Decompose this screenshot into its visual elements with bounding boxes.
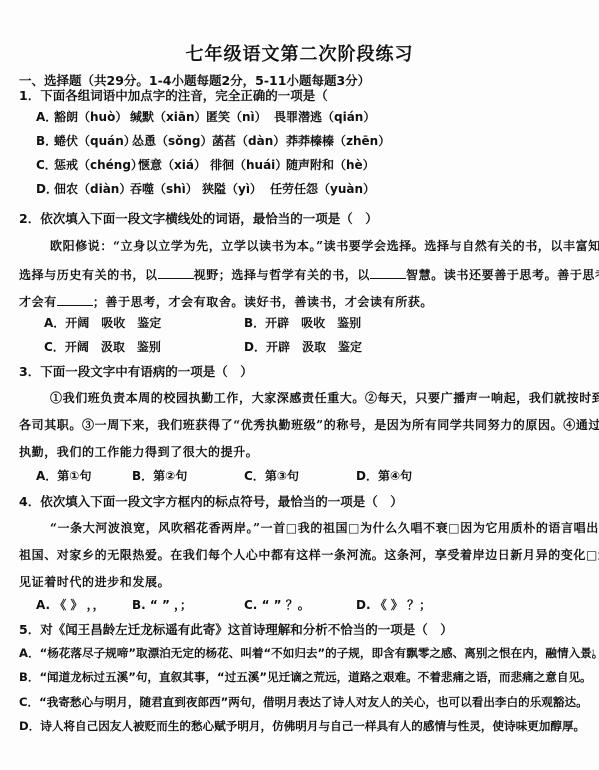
option-label: B．: [19, 670, 39, 684]
option-text: “ ” ？。: [262, 598, 310, 612]
q1-option-a: A． 豁朗（huò） 缄默（xiān） 匿笑（nì） 畏罪潜逃（qián）: [36, 111, 57, 123]
option-label: A．: [19, 646, 40, 660]
option-label: A．: [36, 469, 57, 483]
section-header: 一、选择题（共29分。1-4小题每题2分，5-11小题每题3分）: [19, 75, 370, 88]
option-text: 第①句: [57, 469, 91, 483]
q3-option-d: D．第④句: [356, 470, 412, 482]
q1-option-c: C． 惩戒（chéng） 惬意（xiá） 徘徊（huái） 随声附和（hè）: [36, 159, 57, 171]
question-5-stem: 5．对《闻王昌龄左迁龙标遥有此寄》这首诗理解和分析不恰当的一项是（ ）: [19, 624, 453, 637]
q5-option-a: A．“杨花落尽子规啼”取漂泊无定的杨花、叫着“不如归去”的子规，即含有飘零之感、…: [19, 648, 599, 660]
q5-option-d: D．诗人将自己因友人被贬而生的愁心赋予明月，仿佛明月与自己一样具有人的感情与性灵…: [19, 721, 585, 733]
option-text: 诗人将自己因友人被贬而生的愁心赋予明月，仿佛明月与自己一样具有人的感情与性灵，使…: [40, 719, 585, 733]
q3-passage-line-3: 执勤，我们的工作能力得到了很大的提升。: [19, 446, 258, 458]
q4-passage-line-2: 祖国、对家乡的无限热爱。在我们每个人心中都有这样一条河流。这条河，享受着岸边日新…: [19, 549, 599, 561]
q2-passage-line-2: 选择与历史有关的书，以视野；选择与哲学有关的书，以智慧。读书还要善于思考。善于思…: [19, 268, 599, 281]
option-text: 第②句: [153, 469, 187, 483]
option-item: 菡萏（dàn）: [212, 135, 285, 147]
q4-option-a: A. 《 》 ，，: [36, 599, 105, 611]
option-label: B．: [244, 316, 265, 330]
option-item: 佃农（diàn）: [54, 183, 131, 195]
option-item: 吞噬（shì）: [130, 183, 198, 195]
option-item: 豁朗（huò）: [54, 111, 127, 123]
option-text: 开辟 汲取 鉴定: [266, 340, 362, 354]
q1-option-b: B． 蜷伏（quán） 怂恿（sǒng） 菡萏（dàn） 莽莽榛榛（zhēn）: [36, 135, 57, 147]
q1-option-d: D． 佃农（diàn） 吞噬（shì） 狭隘（yì） 任劳任怨（yuàn）: [36, 183, 58, 195]
fill-blank-2: [370, 268, 406, 279]
exam-page: 七年级语文第二次阶段练习 一、选择题（共29分。1-4小题每题2分，5-11小题…: [0, 0, 599, 770]
passage-text: ；善于思考，才会有取舍。读好书，善读书，才会读有所获。: [93, 295, 433, 309]
option-label: B.: [132, 598, 146, 612]
passage-text: 视野；选择与哲学有关的书，以: [194, 268, 370, 282]
q5-option-c: C．“我寄愁心与明月，随君直到夜郎西”两句，借明月表达了诗人对友人的关心，也可以…: [19, 697, 588, 709]
question-4-stem: 4．依次填入下面一段文字方框内的标点符号，最恰当的一项是（ ）: [19, 496, 403, 509]
question-1-stem: 1．下面各组词语中加点字的注音，完全正确的一项是（: [19, 90, 328, 103]
option-label: A.: [36, 598, 50, 612]
q2-option-a: A．开阔 吸收 鉴定: [44, 317, 161, 329]
option-text: 《 》 ？；: [375, 598, 431, 612]
option-label: D．: [19, 719, 40, 733]
option-text: 开辟 吸收 鉴别: [265, 316, 361, 330]
q5-option-b: B．“闻道龙标过五溪”句，直叙其事，“过五溪”见迁谪之荒远，道路之艰难。不着悲痛…: [19, 672, 592, 684]
option-label: D．: [244, 340, 266, 354]
q4-option-d: D. 《 》 ？；: [356, 599, 431, 611]
option-item: 任劳任怨（yuàn）: [270, 183, 375, 195]
option-text: 开阔 吸收 鉴定: [65, 316, 161, 330]
option-text: 第③句: [265, 469, 299, 483]
page-title: 七年级语文第二次阶段练习: [0, 46, 599, 64]
passage-text: 智慧。读书还要善于思考。善于思考，: [406, 268, 599, 282]
option-text: “我寄愁心与明月，随君直到夜郎西”两句，借明月表达了诗人对友人的关心，也可以看出…: [39, 695, 588, 709]
option-text: “闻道龙标过五溪”句，直叙其事，“过五溪”见迁谪之荒远，道路之艰难。不着悲痛之语…: [39, 670, 591, 684]
option-label: C.: [244, 598, 257, 612]
option-item: 蜷伏（quán）: [54, 135, 136, 147]
option-label: C．: [244, 469, 265, 483]
option-item: 狭隘（yì）: [202, 183, 262, 195]
option-label: D．: [356, 469, 378, 483]
q2-passage-line-3: 才会有；善于思考，才会有取舍。读好书，善读书，才会读有所获。: [19, 295, 433, 308]
margin-mark: 1: [591, 649, 595, 657]
passage-text: 选择与历史有关的书，以: [19, 268, 158, 282]
option-text: 第④句: [378, 469, 412, 483]
q2-option-c: C．开阔 汲取 鉴别: [44, 341, 161, 353]
q4-passage-line-1: “一条大河波浪宽，风吹稻花香两岸。”一首□我的祖国□为什么久唱不衰□因为它用质朴…: [50, 522, 599, 534]
q3-passage-line-2: 各司其职。③一周下来，我们班获得了“优秀执勤班级”的称号，是因为所有同学共同努力…: [19, 419, 599, 431]
q3-option-b: B．第②句: [132, 470, 187, 482]
option-item: 惬意（xiá）: [138, 159, 206, 171]
option-item: 惩戒（chéng）: [54, 159, 143, 171]
option-text: 《 》 ，，: [54, 598, 104, 612]
q2-option-b: B．开辟 吸收 鉴别: [244, 317, 361, 329]
option-label: A．: [44, 316, 65, 330]
option-item: 徘徊（huái）: [210, 159, 287, 171]
option-text: “ ” ，；: [150, 598, 192, 612]
option-item: 怂恿（sǒng）: [132, 135, 213, 147]
q3-option-a: A．第①句: [36, 470, 91, 482]
option-label: C．: [19, 695, 39, 709]
option-item: 畏罪潜逃（qián）: [274, 111, 375, 123]
option-item: 莽莽榛榛（zhēn）: [286, 135, 390, 147]
option-label: C．: [44, 340, 65, 354]
fill-blank-3: [57, 295, 93, 306]
option-item: 随声附和（hè）: [286, 159, 375, 171]
option-item: 匿笑（nì）: [206, 111, 267, 123]
question-3-stem: 3．下面一段文字中有语病的一项是（ ）: [19, 366, 253, 379]
question-2-stem: 2．依次填入下面一段文字横线处的词语，最恰当的一项是（ ）: [19, 213, 378, 226]
passage-text: 才会有: [19, 295, 57, 309]
option-text: “杨花落尽子规啼”取漂泊无定的杨花、叫着“不如归去”的子规，即含有飘零之感、离别…: [40, 646, 599, 660]
q3-option-c: C．第③句: [244, 470, 299, 482]
option-item: 缄默（xiān）: [130, 111, 207, 123]
q4-option-b: B. “ ” ，；: [132, 599, 192, 611]
fill-blank-1: [158, 268, 194, 279]
option-label: B．: [132, 469, 153, 483]
q4-option-c: C. “ ” ？。: [244, 599, 310, 611]
option-label: D.: [356, 598, 371, 612]
q3-passage-line-1: ①我们班负责本周的校园执勤工作，大家深感责任重大。②每天，只要广播声一响起，我们…: [50, 392, 599, 404]
q4-passage-line-3: 见证着时代的进步和发展。: [19, 576, 170, 588]
q2-passage-line-1: 欧阳修说：“立身以立学为先，立学以读书为本。”读书要学会选择。选择与自然有关的书…: [50, 240, 599, 252]
option-text: 开阔 汲取 鉴别: [65, 340, 161, 354]
q2-option-d: D．开辟 汲取 鉴定: [244, 341, 362, 353]
